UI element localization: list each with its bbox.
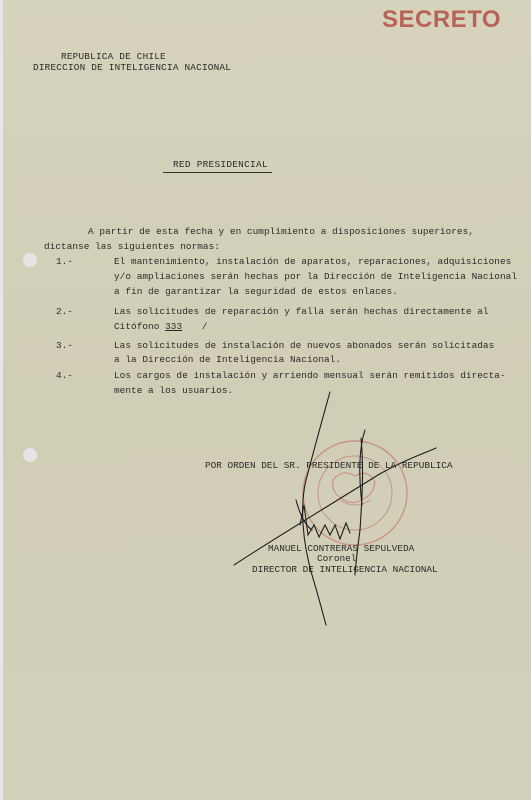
signature-icon	[0, 0, 531, 800]
document-page: SECRETO REPUBLICA DE CHILE DIRECCION DE …	[0, 0, 531, 800]
